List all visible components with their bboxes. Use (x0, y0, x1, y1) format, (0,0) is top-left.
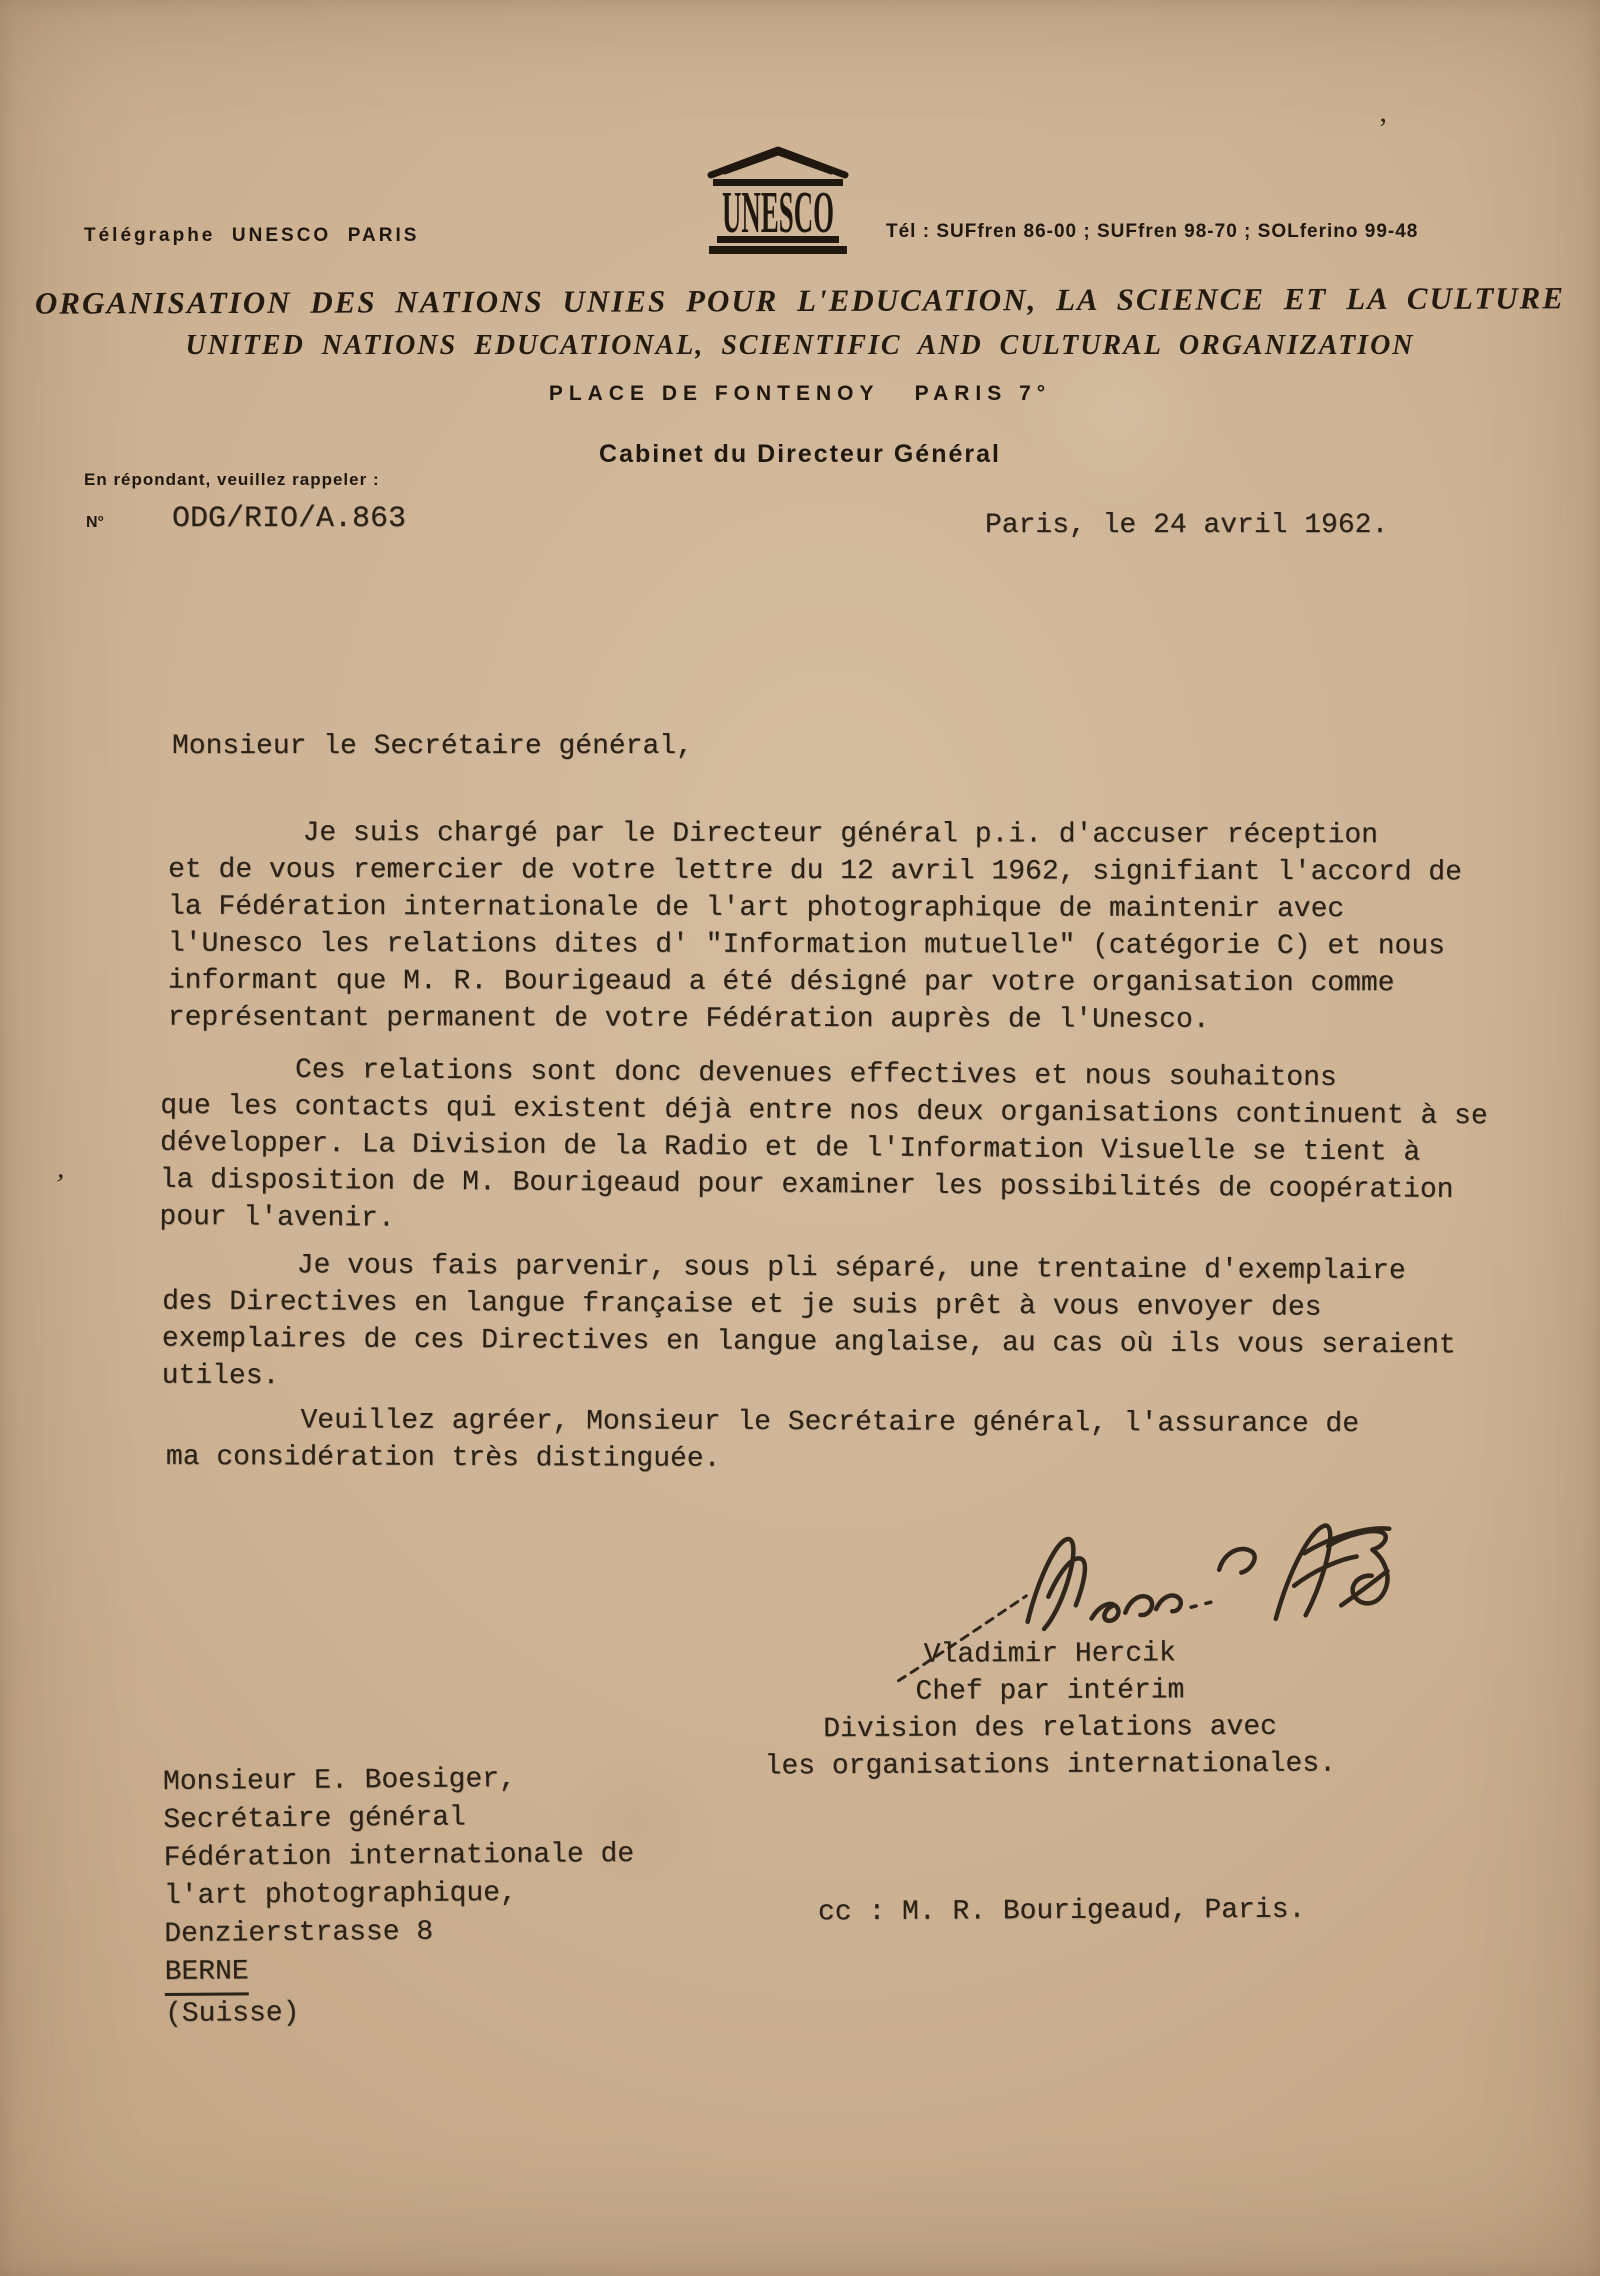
street-address: PLACE DE FONTENOY PARIS 7° (0, 382, 1600, 406)
recipient-line: Denzierstrasse 8 (164, 1912, 635, 1954)
cc-line: cc : M. R. Bourigeaud, Paris. (818, 1895, 1305, 1929)
reference-number-label: N° (86, 514, 104, 532)
logo-word: UNESCO (722, 180, 834, 246)
phone-numbers: Tél : SUFfren 86-00 ; SUFfren 98-70 ; SO… (886, 221, 1418, 243)
recipient-line: Secrétaire général (163, 1798, 634, 1840)
unesco-temple-logo: UNESCO (703, 146, 853, 256)
recipient-line: l'art photographique, (164, 1874, 635, 1916)
scanned-letter-page: ’ ’ Télégraphe UNESCO PARIS UNESCO Tél :… (0, 0, 1600, 2276)
recipient-city: BERNE (164, 1950, 635, 1996)
recipient-address: Monsieur E. Boesiger, Secrétaire général… (163, 1760, 636, 2034)
scan-artifact-mark: ’ (51, 1167, 67, 1202)
body-paragraph-2: Ces relations sont donc devenues effecti… (159, 1051, 1488, 1246)
organization-name-english: UNITED NATIONS EDUCATIONAL, SCIENTIFIC A… (0, 330, 1600, 362)
recipient-line: Monsieur E. Boesiger, (163, 1760, 634, 1802)
recipient-line: Fédération internationale de (163, 1836, 634, 1878)
signature-block: Vladimir Hercik Chef par intérim Divisio… (760, 1634, 1341, 1785)
telegraph-line: Télégraphe UNESCO PARIS (84, 225, 419, 247)
organization-name-french: ORGANISATION DES NATIONS UNIES POUR L'ED… (0, 280, 1600, 322)
reference-number: ODG/RIO/A.863 (172, 502, 406, 536)
body-paragraph-3: Je vous fais parvenir, sous pli séparé, … (162, 1247, 1457, 1402)
salutation: Monsieur le Secrétaire général, (172, 728, 693, 765)
reply-reference-note: En répondant, veuillez rappeler : (84, 470, 380, 490)
scan-artifact-mark: ’ (1378, 112, 1388, 146)
body-paragraph-4: Veuillez agréer, Monsieur le Secrétaire … (166, 1402, 1359, 1480)
department-name: Cabinet du Directeur Général (0, 440, 1600, 469)
dateline: Paris, le 24 avril 1962. (985, 510, 1388, 541)
recipient-country: (Suisse) (165, 1992, 636, 2034)
body-paragraph-1: Je suis chargé par le Directeur général … (168, 815, 1462, 1040)
